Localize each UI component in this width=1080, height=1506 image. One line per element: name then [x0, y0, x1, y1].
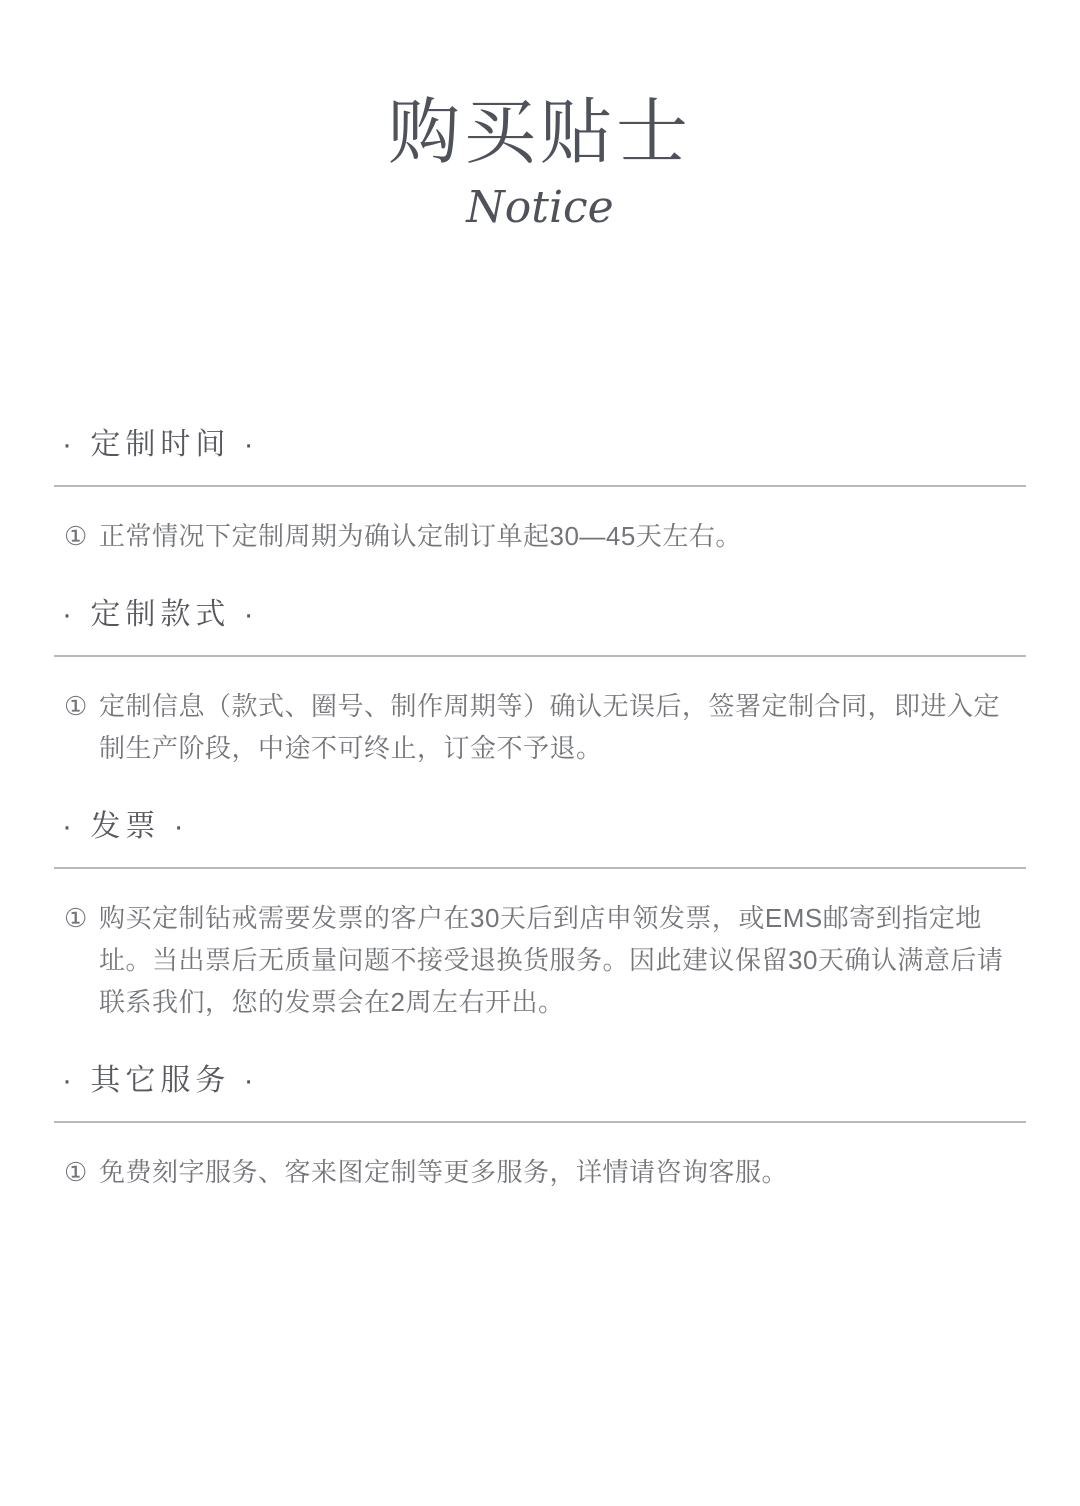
- section-divider: [54, 485, 1026, 487]
- tip-section-invoice: · 发票 · ① 购买定制钻戒需要发票的客户在30天后到店申领发票，或EMS邮寄…: [54, 809, 1026, 1023]
- tip-item: ① 定制信息（款式、圈号、制作周期等）确认无误后，签署定制合同，即进入定制生产阶…: [54, 685, 1026, 769]
- section-divider: [54, 1121, 1026, 1123]
- item-text: 购买定制钻戒需要发票的客户在30天后到店申领发票，或EMS邮寄到指定地址。当出票…: [99, 897, 1026, 1023]
- item-number-marker: ①: [64, 515, 99, 557]
- page-title: 购买贴士: [54, 90, 1026, 176]
- section-title: · 定制时间 ·: [54, 427, 1026, 463]
- page-subtitle: Notice: [54, 182, 1026, 235]
- item-text: 定制信息（款式、圈号、制作周期等）确认无误后，签署定制合同，即进入定制生产阶段，…: [99, 685, 1026, 769]
- title-block: 购买贴士 Notice: [54, 90, 1026, 235]
- tip-sections: · 定制时间 · ① 正常情况下定制周期为确认定制订单起30—45天左右。 · …: [54, 427, 1026, 1193]
- item-number-marker: ①: [64, 1151, 99, 1193]
- purchase-notice-page: 购买贴士 Notice · 定制时间 · ① 正常情况下定制周期为确认定制订单起…: [0, 0, 1080, 1506]
- tip-section-custom-time: · 定制时间 · ① 正常情况下定制周期为确认定制订单起30—45天左右。: [54, 427, 1026, 557]
- item-text: 免费刻字服务、客来图定制等更多服务，详情请咨询客服。: [99, 1151, 1026, 1193]
- section-divider: [54, 867, 1026, 869]
- tip-section-custom-style: · 定制款式 · ① 定制信息（款式、圈号、制作周期等）确认无误后，签署定制合同…: [54, 597, 1026, 769]
- section-title: · 发票 ·: [54, 809, 1026, 845]
- tip-item: ① 正常情况下定制周期为确认定制订单起30—45天左右。: [54, 515, 1026, 557]
- item-number-marker: ①: [64, 897, 99, 939]
- item-number-marker: ①: [64, 685, 99, 727]
- section-title: · 其它服务 ·: [54, 1063, 1026, 1099]
- tip-section-other-services: · 其它服务 · ① 免费刻字服务、客来图定制等更多服务，详情请咨询客服。: [54, 1063, 1026, 1193]
- tip-item: ① 购买定制钻戒需要发票的客户在30天后到店申领发票，或EMS邮寄到指定地址。当…: [54, 897, 1026, 1023]
- section-divider: [54, 655, 1026, 657]
- item-text: 正常情况下定制周期为确认定制订单起30—45天左右。: [99, 515, 1026, 557]
- tip-item: ① 免费刻字服务、客来图定制等更多服务，详情请咨询客服。: [54, 1151, 1026, 1193]
- section-title: · 定制款式 ·: [54, 597, 1026, 633]
